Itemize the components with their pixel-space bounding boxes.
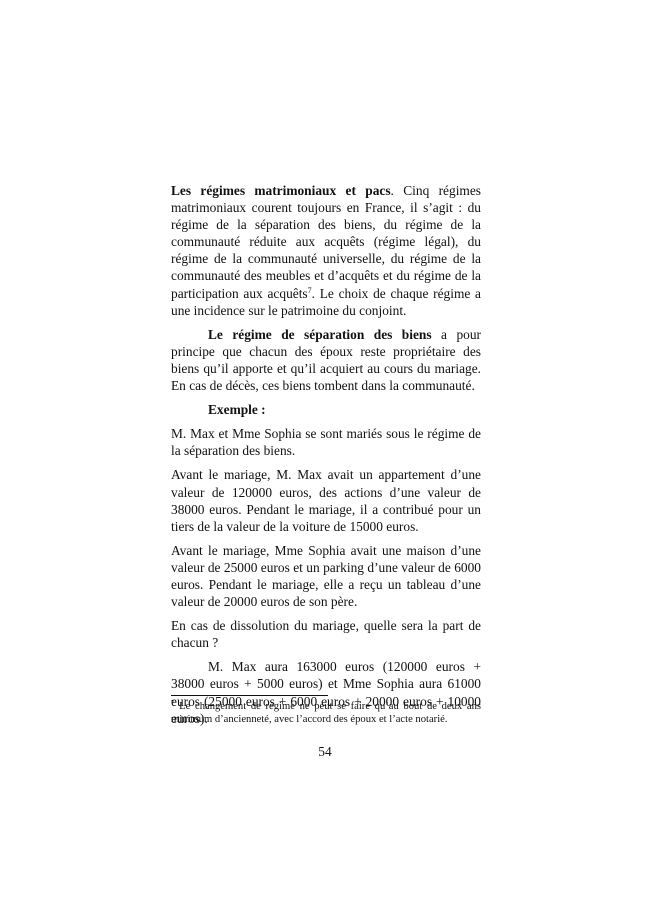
paragraph-example-3: Avant le mariage, Mme Sophia avait une m…: [171, 542, 481, 610]
page-number: 54: [0, 744, 650, 760]
footnote-divider: [171, 695, 328, 696]
section-heading-separation: Le régime de séparation des biens: [208, 327, 432, 342]
paragraph-separation: Le régime de séparation des biens a pour…: [171, 326, 481, 394]
paragraph-intro: Les régimes matrimoniaux et pacs. Cinq r…: [171, 182, 481, 319]
text-column: Les régimes matrimoniaux et pacs. Cinq r…: [171, 182, 481, 734]
paragraph-example-1: M. Max et Mme Sophia se sont mariés sous…: [171, 425, 481, 459]
paragraph-question: En cas de dissolution du mariage, quelle…: [171, 617, 481, 651]
footnote-text: Le changement de régime ne peut se faire…: [171, 701, 481, 725]
footnote: 7 Le changement de régime ne peut se fai…: [171, 700, 481, 726]
example-heading: Exemple :: [171, 401, 481, 418]
section-heading-regimes: Les régimes matrimoniaux et pacs: [171, 183, 391, 198]
example-heading-text: Exemple :: [208, 402, 266, 417]
paragraph-text: . Cinq régimes matrimoniaux courent touj…: [171, 183, 481, 301]
document-page: Les régimes matrimoniaux et pacs. Cinq r…: [0, 0, 650, 920]
paragraph-example-2: Avant le mariage, M. Max avait un appart…: [171, 466, 481, 534]
